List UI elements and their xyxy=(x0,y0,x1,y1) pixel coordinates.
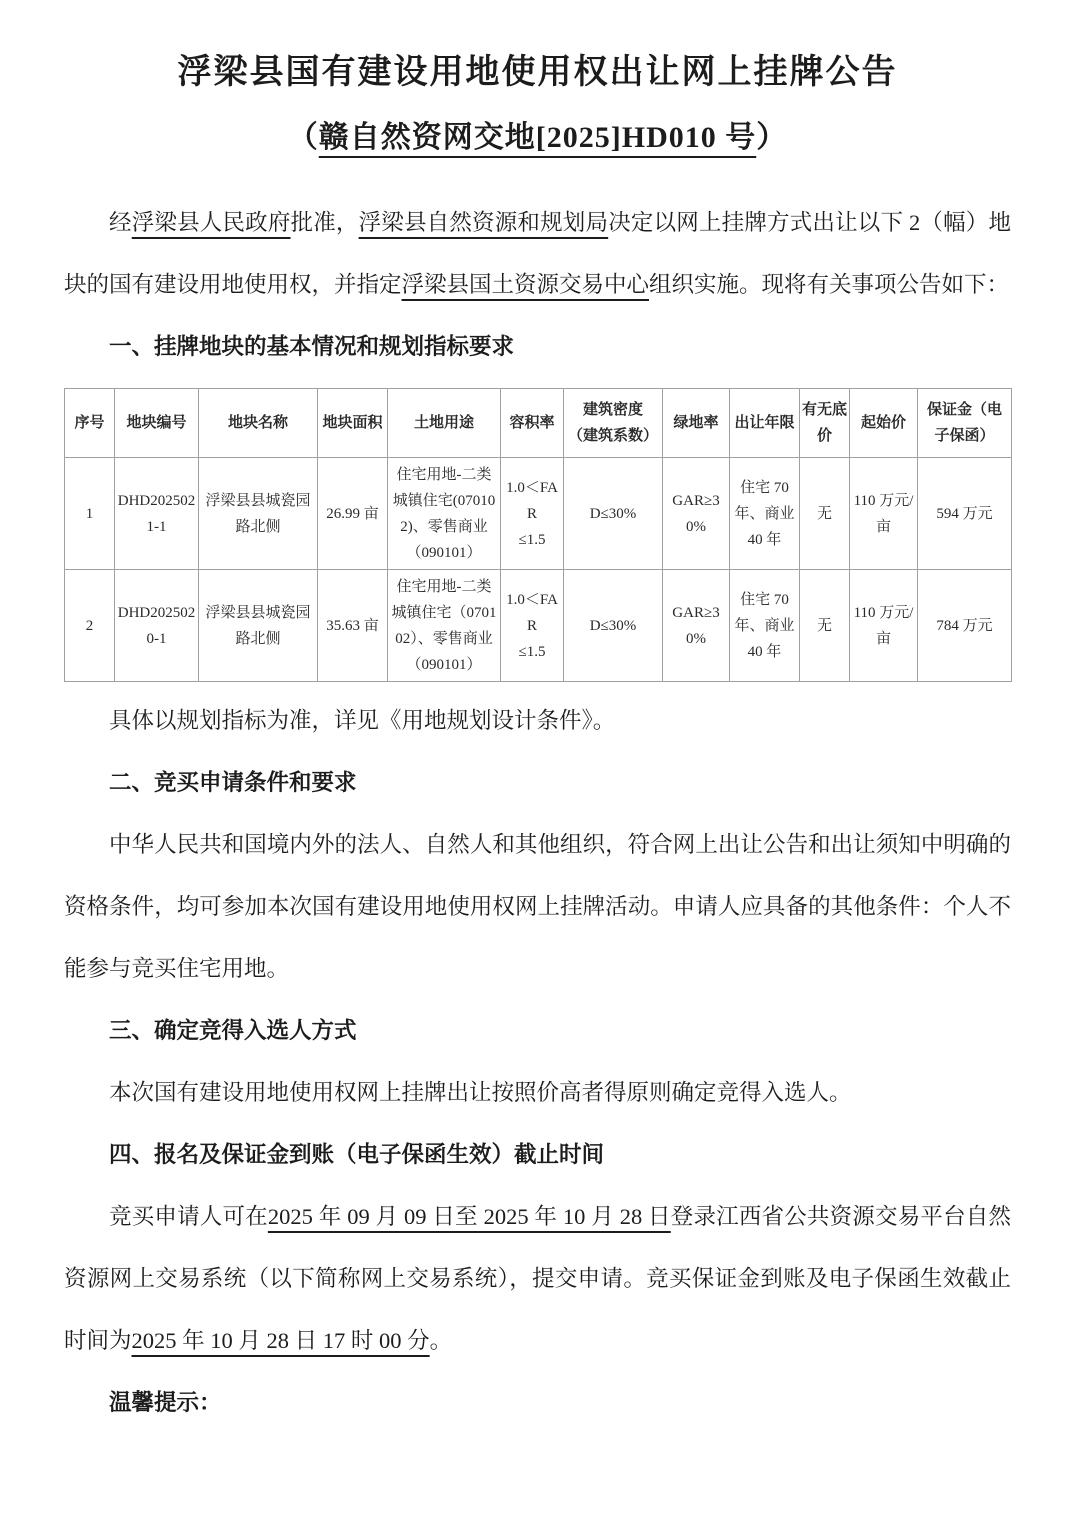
intro-paragraph: 经浮梁县人民政府批准，浮梁县自然资源和规划局决定以网上挂牌方式出让以下 2（幅）… xyxy=(64,192,1011,316)
section3-heading: 三、确定竞得入选人方式 xyxy=(64,1000,1011,1062)
table-cell-area: 26.99 亩 xyxy=(318,458,388,570)
announcement-document: 浮梁县国有建设用地使用权出让网上挂牌公告 （赣自然资网交地[2025]HD010… xyxy=(0,0,1074,1520)
col-header-building-density: 建筑密度 （建筑系数） xyxy=(564,389,663,458)
table-cell-far: 1.0＜FAR ≤1.5 xyxy=(501,458,564,570)
col-header-start-price: 起始价 xyxy=(850,389,918,458)
col-header-area: 地块面积 xyxy=(318,389,388,458)
table-cell-deposit: 594 万元 xyxy=(918,458,1012,570)
table-cell-parcel-name: 浮梁县县城瓷园路北侧 xyxy=(199,458,318,570)
registration-period: 2025 年 09 月 09 日至 2025 年 10 月 28 日 xyxy=(268,1204,671,1229)
table-cell-land-use: 住宅用地-二类城镇住宅(070102)、零售商业（090101） xyxy=(388,458,501,570)
table-cell-parcel-id: DHD2025021-1 xyxy=(115,458,199,570)
table-cell-reserve-price: 无 xyxy=(800,570,850,682)
table-cell-deposit: 784 万元 xyxy=(918,570,1012,682)
table-cell-seq: 2 xyxy=(65,570,115,682)
table-cell-green-rate: GAR≥30% xyxy=(663,570,730,682)
table-row-parcel-1: 1 DHD2025021-1 浮梁县县城瓷园路北侧 26.99 亩 住宅用地-二… xyxy=(65,458,1012,570)
table-cell-parcel-id: DHD2025020-1 xyxy=(115,570,199,682)
section4-heading: 四、报名及保证金到账（电子保函生效）截止时间 xyxy=(64,1124,1011,1186)
table-cell-start-price: 110 万元/亩 xyxy=(850,570,918,682)
table-cell-green-rate: GAR≥30% xyxy=(663,458,730,570)
table-cell-tenure: 住宅 70 年、商业 40 年 xyxy=(730,458,800,570)
table-cell-start-price: 110 万元/亩 xyxy=(850,458,918,570)
table-cell-land-use: 住宅用地-二类城镇住宅（070102）、零售商业（090101） xyxy=(388,570,501,682)
col-header-green-rate: 绿地率 xyxy=(663,389,730,458)
table-row-parcel-2: 2 DHD2025020-1 浮梁县县城瓷园路北侧 35.63 亩 住宅用地-二… xyxy=(65,570,1012,682)
table-cell-building-density: D≤30% xyxy=(564,458,663,570)
section3-paragraph: 本次国有建设用地使用权网上挂牌出让按照价高者得原则确定竞得入选人。 xyxy=(64,1062,1011,1124)
table-cell-seq: 1 xyxy=(65,458,115,570)
section4-text: 。 xyxy=(430,1328,453,1353)
col-header-far: 容积率 xyxy=(501,389,564,458)
intro-text: 组织实施。现将有关事项公告如下： xyxy=(649,272,1009,297)
table-header-row: 序号 地块编号 地块名称 地块面积 土地用途 容积率 建筑密度 （建筑系数） 绿… xyxy=(65,389,1012,458)
land-parcels-table: 序号 地块编号 地块名称 地块面积 土地用途 容积率 建筑密度 （建筑系数） 绿… xyxy=(64,388,1012,682)
section1-heading: 一、挂牌地块的基本情况和规划指标要求 xyxy=(64,316,1011,378)
section2-paragraph: 中华人民共和国境内外的法人、自然人和其他组织，符合网上出让公告和出让须知中明确的… xyxy=(64,814,1011,1000)
subtitle-close-paren: ） xyxy=(756,121,787,154)
trade-center: 浮梁县国土资源交易中心 xyxy=(402,272,650,297)
deposit-deadline: 2025 年 10 月 28 日 17 时 00 分 xyxy=(132,1328,430,1353)
subtitle-open-paren: （ xyxy=(288,121,319,154)
intro-text: 批准， xyxy=(291,210,359,235)
table-cell-area: 35.63 亩 xyxy=(318,570,388,682)
table-cell-reserve-price: 无 xyxy=(800,458,850,570)
col-header-parcel-name: 地块名称 xyxy=(199,389,318,458)
table-cell-parcel-name: 浮梁县县城瓷园路北侧 xyxy=(199,570,318,682)
col-header-tenure: 出让年限 xyxy=(730,389,800,458)
section4-text: 竞买申请人可在 xyxy=(109,1204,268,1229)
tips-heading: 温馨提示： xyxy=(64,1372,1011,1434)
section4-paragraph: 竞买申请人可在2025 年 09 月 09 日至 2025 年 10 月 28 … xyxy=(64,1186,1011,1372)
table-cell-far: 1.0＜FAR ≤1.5 xyxy=(501,570,564,682)
approving-authority: 浮梁县人民政府 xyxy=(132,210,291,235)
col-header-seq: 序号 xyxy=(65,389,115,458)
document-number: （赣自然资网交地[2025]HD010 号） xyxy=(64,116,1011,160)
col-header-deposit: 保证金（电子保函） xyxy=(918,389,1012,458)
subtitle-code: 赣自然资网交地[2025]HD010 号 xyxy=(319,121,756,154)
table-note: 具体以规划指标为准，详见《用地规划设计条件》。 xyxy=(64,690,1011,752)
col-header-land-use: 土地用途 xyxy=(388,389,501,458)
col-header-parcel-id: 地块编号 xyxy=(115,389,199,458)
intro-text: 经 xyxy=(109,210,132,235)
table-cell-building-density: D≤30% xyxy=(564,570,663,682)
page-title: 浮梁县国有建设用地使用权出让网上挂牌公告 xyxy=(64,50,1011,96)
section2-heading: 二、竞买申请条件和要求 xyxy=(64,752,1011,814)
issuing-bureau: 浮梁县自然资源和规划局 xyxy=(359,210,609,235)
col-header-reserve-price: 有无底价 xyxy=(800,389,850,458)
table-cell-tenure: 住宅 70 年、商业 40 年 xyxy=(730,570,800,682)
